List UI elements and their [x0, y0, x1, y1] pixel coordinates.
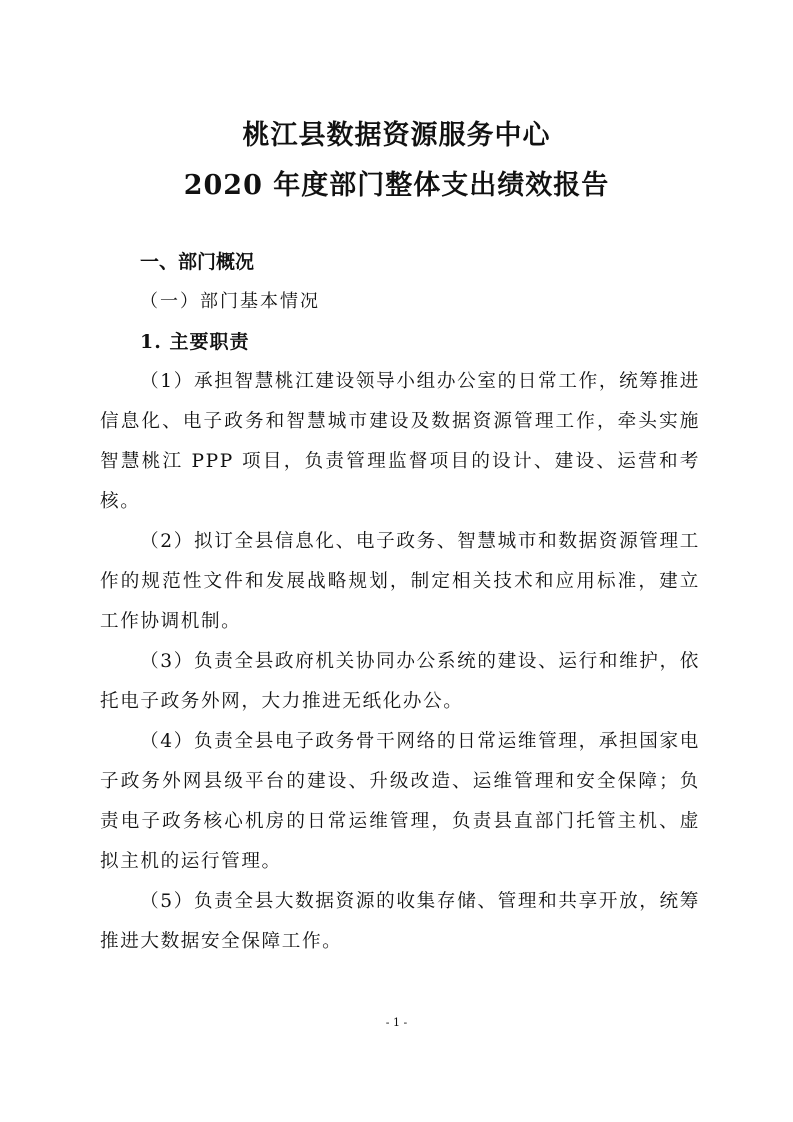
- item-heading: 1. 主要职责: [140, 327, 249, 354]
- paragraph-2: （2）拟订全县信息化、电子政务、智慧城市和数据资源管理工作的规范性文件和发展战略…: [100, 522, 700, 642]
- paragraph-3: （3）负责全县政府机关协同办公系统的建设、运行和维护，依托电子政务外网，大力推进…: [100, 642, 700, 722]
- paragraph-1: （1）承担智慧桃江建设领导小组办公室的日常工作，统筹推进信息化、电子政务和智慧城…: [100, 362, 700, 522]
- page-number: - 1 -: [0, 1016, 793, 1029]
- document-body: （1）承担智慧桃江建设领导小组办公室的日常工作，统筹推进信息化、电子政务和智慧城…: [100, 362, 700, 962]
- document-title-line2-text: 2020 年度部门整体支出绩效报告: [184, 170, 610, 201]
- subsection-heading: （一）部门基本情况: [140, 287, 320, 313]
- section-heading: 一、部门概况: [140, 247, 254, 274]
- document-title-line1: 桃江县数据资源服务中心: [0, 113, 793, 152]
- document-title-line2: 2020 年度部门整体支出绩效报告: [0, 163, 793, 202]
- paragraph-5: （5）负责全县大数据资源的收集存储、管理和共享开放，统筹推进大数据安全保障工作。: [100, 882, 700, 962]
- paragraph-4: （4）负责全县电子政务骨干网络的日常运维管理，承担国家电子政务外网县级平台的建设…: [100, 722, 700, 882]
